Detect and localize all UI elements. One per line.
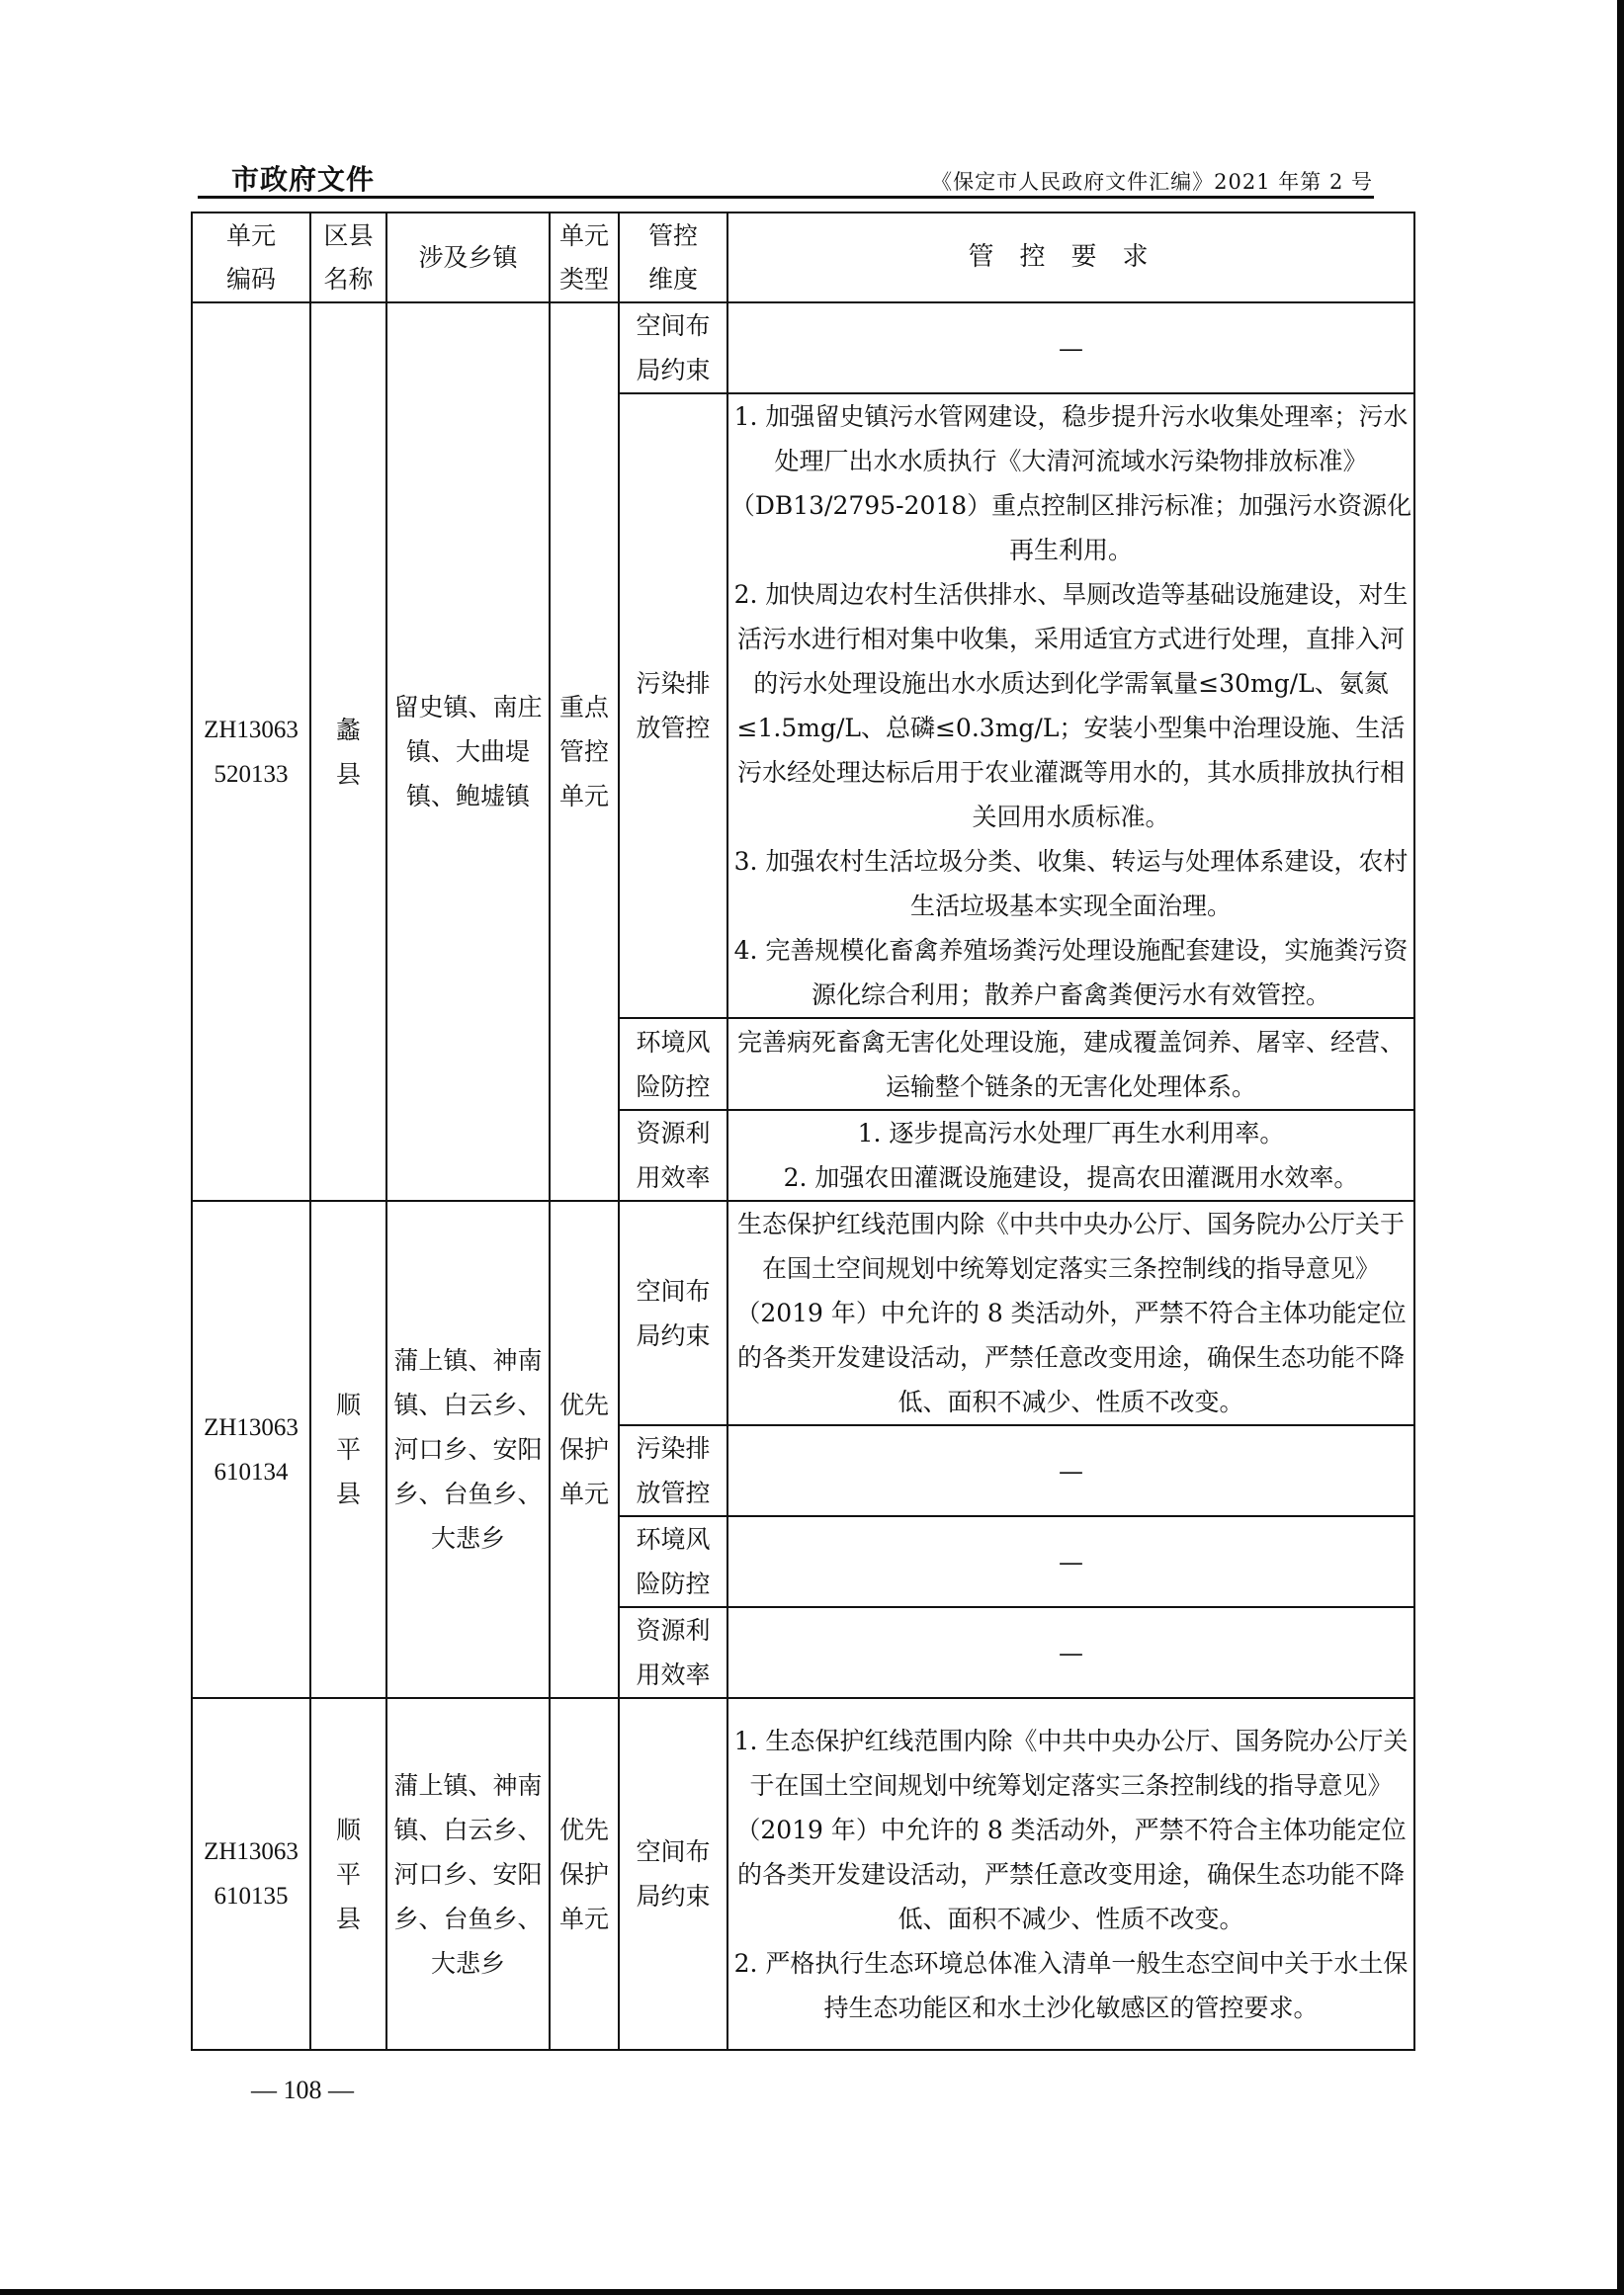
header-unit-type: 单元类型 [550, 212, 619, 302]
dimension-cell: 空间布局约束 [619, 1698, 727, 2050]
page-header-right: 《保定市人民政府文件汇编》2021 年第 2 号 [931, 166, 1373, 196]
requirement-cell: — [727, 1425, 1414, 1516]
requirement-cell: 完善病死畜禽无害化处理设施，建成覆盖饲养、屠宰、经营、运输整个链条的无害化处理体… [727, 1018, 1414, 1110]
dimension-cell: 污染排放管控 [619, 1425, 727, 1516]
dimension-cell: 空间布局约束 [619, 1201, 727, 1425]
county-cell: 蠡县 [310, 302, 386, 1201]
dimension-cell: 污染排放管控 [619, 393, 727, 1018]
table-row: ZH13063610134 顺平县 蒲上镇、神南镇、白云乡、河口乡、安阳乡、台鱼… [192, 1201, 1414, 1425]
control-requirements-table: 单元编码 区县名称 涉及乡镇 单元类型 管控维度 管控要求 ZH13063520… [191, 212, 1415, 2051]
dimension-cell: 资源利用效率 [619, 1110, 727, 1201]
requirement-item: 2. 严格执行生态环境总体准入清单一般生态空间中关于水土保持生态功能区和水土沙化… [728, 1941, 1413, 2030]
header-control-requirement: 管控要求 [727, 212, 1414, 302]
header-towns: 涉及乡镇 [386, 212, 550, 302]
unit-code-cell: ZH13063520133 [192, 302, 310, 1201]
table-row: ZH13063520133 蠡县 留史镇、南庄镇、大曲堤镇、鲍墟镇 重点管控单元… [192, 302, 1414, 393]
unit-type-cell: 优先保护单元 [550, 1201, 619, 1698]
dimension-cell: 环境风险防控 [619, 1018, 727, 1110]
dimension-cell: 资源利用效率 [619, 1607, 727, 1698]
unit-type-cell: 重点管控单元 [550, 302, 619, 1201]
requirement-item: 3. 加强农村生活垃圾分类、收集、转运与处理体系建设，农村生活垃圾基本实现全面治… [728, 839, 1413, 928]
requirement-cell: 1. 逐步提高污水处理厂再生水利用率。 2. 加强农田灌溉设施建设，提高农田灌溉… [727, 1110, 1414, 1201]
unit-code-cell: ZH13063610135 [192, 1698, 310, 2050]
unit-code-cell: ZH13063610134 [192, 1201, 310, 1698]
page-number: — 108 — [251, 2076, 354, 2105]
towns-cell: 蒲上镇、神南镇、白云乡、河口乡、安阳乡、台鱼乡、大悲乡 [386, 1201, 550, 1698]
dimension-cell: 环境风险防控 [619, 1516, 727, 1607]
requirement-item: 2. 加强农田灌溉设施建设，提高农田灌溉用水效率。 [728, 1155, 1413, 1200]
requirement-cell: — [727, 1607, 1414, 1698]
page-header-left: 市政府文件 [231, 158, 375, 198]
towns-cell: 留史镇、南庄镇、大曲堤镇、鲍墟镇 [386, 302, 550, 1201]
scan-edge-bottom [0, 2289, 1624, 2295]
requirement-cell: — [727, 302, 1414, 393]
header-rule [198, 196, 1374, 199]
requirement-item: 2. 加快周边农村生活供排水、旱厕改造等基础设施建设，对生活污水进行相对集中收集… [728, 572, 1413, 839]
requirement-cell: 1. 生态保护红线范围内除《中共中央办公厅、国务院办公厅关于在国土空间规划中统筹… [727, 1698, 1414, 2050]
header-control-dimension: 管控维度 [619, 212, 727, 302]
scan-edge-right [1617, 0, 1624, 2295]
header-county-name: 区县名称 [310, 212, 386, 302]
table-header-row: 单元编码 区县名称 涉及乡镇 单元类型 管控维度 管控要求 [192, 212, 1414, 302]
requirement-item: 1. 加强留史镇污水管网建设，稳步提升污水收集处理率；污水处理厂出水水质执行《大… [728, 394, 1413, 572]
unit-type-cell: 优先保护单元 [550, 1698, 619, 2050]
table-row: ZH13063610135 顺平县 蒲上镇、神南镇、白云乡、河口乡、安阳乡、台鱼… [192, 1698, 1414, 2050]
dimension-cell: 空间布局约束 [619, 302, 727, 393]
requirement-cell: — [727, 1516, 1414, 1607]
header-unit-code: 单元编码 [192, 212, 310, 302]
requirement-cell: 生态保护红线范围内除《中共中央办公厅、国务院办公厅关于在国土空间规划中统筹划定落… [727, 1201, 1414, 1425]
requirement-item: 4. 完善规模化畜禽养殖场粪污处理设施配套建设，实施粪污资源化综合利用；散养户畜… [728, 928, 1413, 1017]
requirement-cell: 1. 加强留史镇污水管网建设，稳步提升污水收集处理率；污水处理厂出水水质执行《大… [727, 393, 1414, 1018]
county-cell: 顺平县 [310, 1698, 386, 2050]
requirement-item: 1. 生态保护红线范围内除《中共中央办公厅、国务院办公厅关于在国土空间规划中统筹… [728, 1719, 1413, 1941]
requirement-item: 1. 逐步提高污水处理厂再生水利用率。 [728, 1111, 1413, 1155]
county-cell: 顺平县 [310, 1201, 386, 1698]
towns-cell: 蒲上镇、神南镇、白云乡、河口乡、安阳乡、台鱼乡、大悲乡 [386, 1698, 550, 2050]
